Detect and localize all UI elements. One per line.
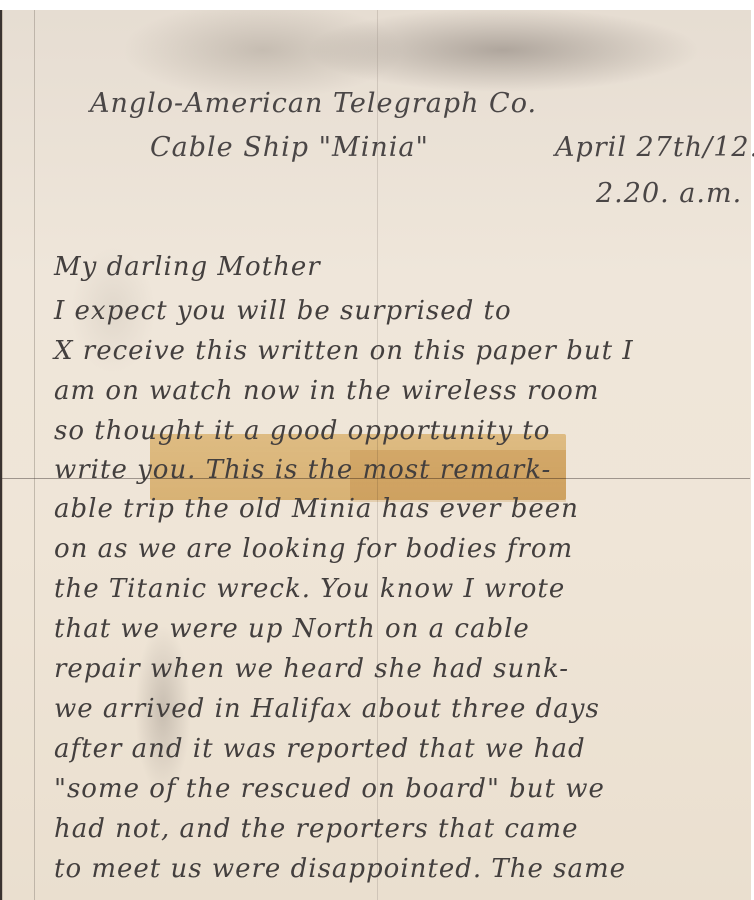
letter-line: write you. This is the most remark- xyxy=(54,455,551,485)
letter-line: we arrived in Halifax about three days xyxy=(54,694,600,724)
letter-line: able trip the old Minia has ever been xyxy=(54,494,579,524)
letter-time: 2.20. a.m. xyxy=(596,178,742,209)
letter-line: to meet us were disappointed. The same xyxy=(54,854,626,884)
margin-rule xyxy=(34,10,35,900)
letter-line: the Titanic wreck. You know I wrote xyxy=(54,574,565,604)
letter-line: on as we are looking for bodies from xyxy=(54,534,573,564)
letterhead-company: Anglo-American Telegraph Co. xyxy=(90,88,537,119)
letterhead-ship: Cable Ship "Minia" xyxy=(150,132,429,163)
letter-line: so thought it a good opportunity to xyxy=(54,416,550,446)
letter-line: that we were up North on a cable xyxy=(54,614,530,644)
letter-line: after and it was reported that we had xyxy=(54,734,586,764)
letter-line: am on watch now in the wireless room xyxy=(54,376,599,406)
letter-line: I expect you will be surprised to xyxy=(54,296,512,326)
letter-line: had not, and the reporters that came xyxy=(54,814,578,844)
letter-line: X receive this written on this paper but… xyxy=(54,336,634,366)
salutation: My darling Mother xyxy=(54,252,321,282)
letter-line: repair when we heard she had sunk- xyxy=(54,654,569,684)
letter-line: "some of the rescued on board" but we xyxy=(54,774,605,804)
letter-date: April 27th/12. xyxy=(555,132,754,163)
